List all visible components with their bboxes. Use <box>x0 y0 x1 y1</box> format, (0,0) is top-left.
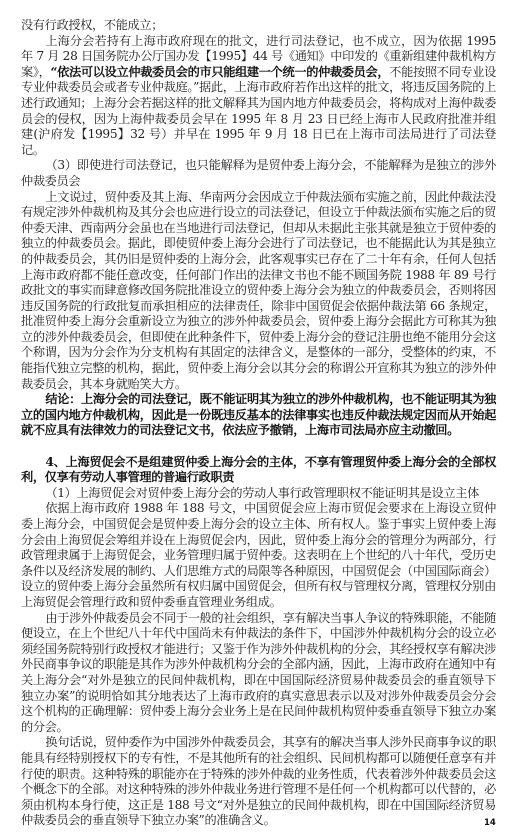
paragraph-9: 由于涉外仲裁委员会不同于一般的社会组织，享有解决当事人争议的特殊职能，不能随便设… <box>21 611 496 736</box>
paragraph-2: 上海分会若持有上海市政府现在的批文，进行司法登记，也不成立，因为依据 1995 … <box>21 34 496 159</box>
paragraph-8: 依据上海市政府 1988 年 188 号文，中国贸促会应上海市贸促会要求在上海设… <box>21 501 496 610</box>
paragraph-4: 上文说过，贸仲委及其上海、华南两分会因成立于仲裁法颁布实施之前，因此仲裁法没有规… <box>21 190 496 393</box>
subheading-1: （1）上海贸促会对贸仲委上海分会的劳动人事行政管理职权不能证明其是设立主体 <box>21 486 496 502</box>
conclusion-paragraph: 结论：上海分会的司法登记，既不能证明其为独立的涉外仲裁机构，也不能证明其为独立的… <box>21 392 496 439</box>
section-heading-4: 4、上海贸促会不是组建贸仲委上海分会的主体，不享有管理贸仲委上海分会的全部权利，… <box>21 455 496 486</box>
blank-line <box>21 439 496 455</box>
page-number: 14 <box>484 818 496 828</box>
paragraph-10: 换句话说，贸仲委作为中国涉外仲裁委员会，其享有的解决当事人涉外民商事争议的职能具… <box>21 735 496 829</box>
subheading-3: （3）即使进行司法登记，也只能解释为是贸仲委上海分会，不能解释为是独立的涉外仲裁… <box>21 158 496 189</box>
document-page: 没有行政授权，不能成立； 上海分会若持有上海市政府现在的批文，进行司法登记，也不… <box>21 18 496 829</box>
paragraph-2-quote: “依法可以设立仲裁委员会的市只能组建一个统一的仲裁委员会， <box>50 65 389 79</box>
paragraph-1: 没有行政授权，不能成立； <box>21 18 496 34</box>
